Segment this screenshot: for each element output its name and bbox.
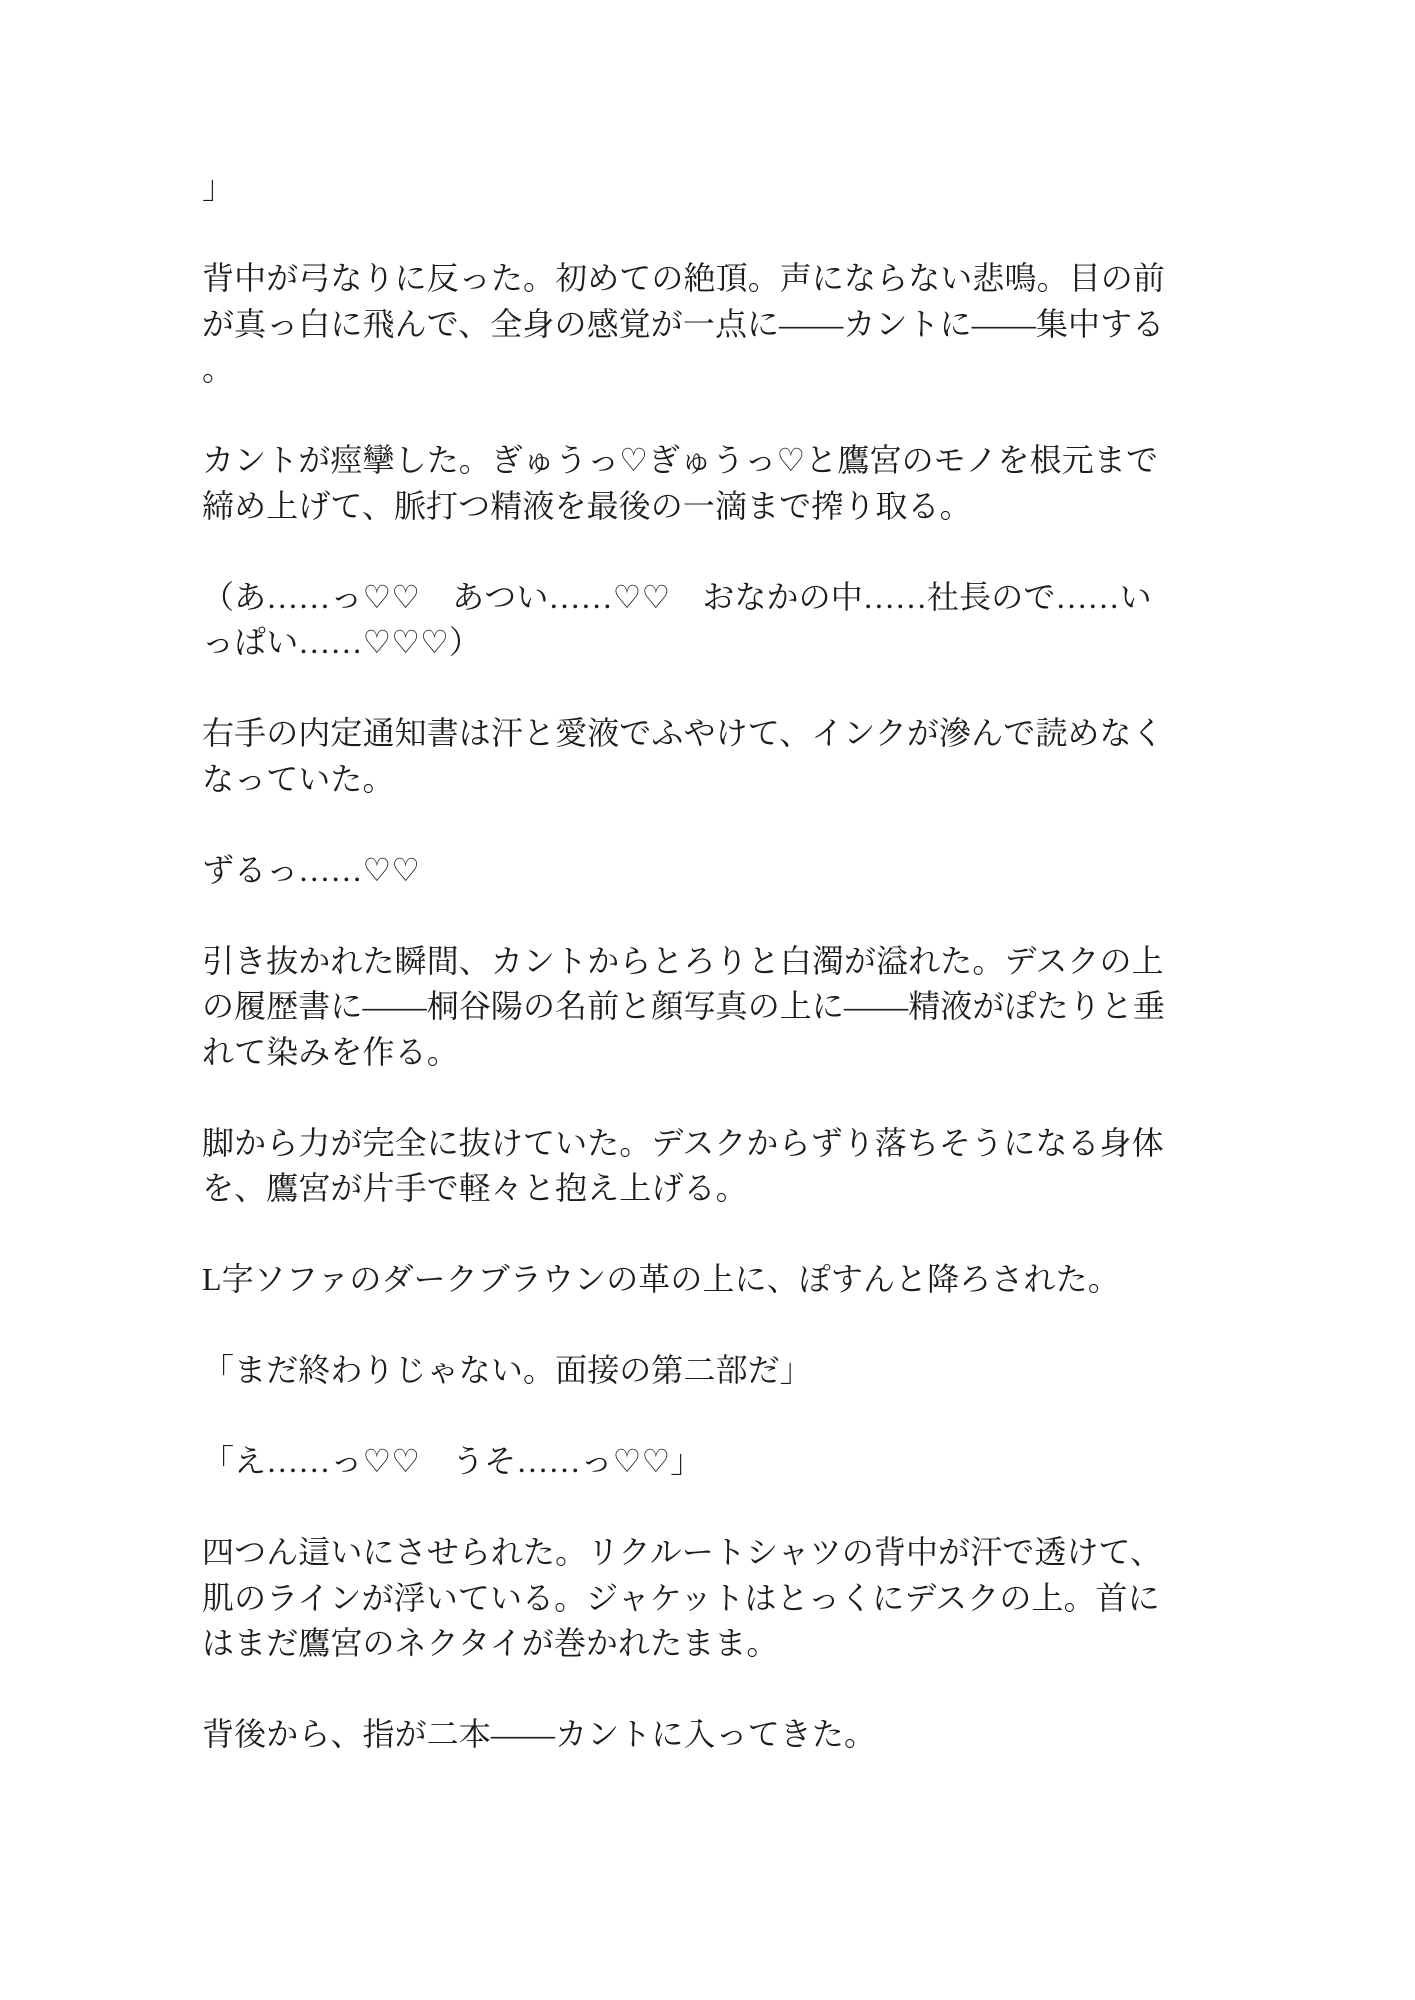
paragraph: 背後から、指が二本——カントに入ってきた。 (202, 1712, 1172, 1758)
paragraph: 「え……っ♡♡ うそ……っ♡♡」 (202, 1439, 1172, 1485)
paragraph: L字ソファのダークブラウンの革の上に、ぽすんと降ろされた。 (202, 1257, 1172, 1303)
document-page: 」背中が弓なりに反った。初めての絶頂。声にならない悲鳴。目の前 が真っ白に飛んで… (0, 0, 1415, 2000)
paragraph: 脚から力が完全に抜けていた。デスクからずり落ちそうになる身体 を、鷹宮が片手で軽… (202, 1121, 1172, 1212)
paragraph: 背中が弓なりに反った。初めての絶頂。声にならない悲鳴。目の前 が真っ白に飛んで、… (202, 256, 1172, 393)
paragraph: 」 (202, 165, 1172, 211)
paragraph: （あ……っ♡♡ あつい……♡♡ おなかの中……社長ので……い っぱい……♡♡♡） (202, 575, 1172, 666)
paragraph: 引き抜かれた瞬間、カントからとろりと白濁が溢れた。デスクの上 の履歴書に——桐谷… (202, 939, 1172, 1076)
paragraph: ずるっ……♡♡ (202, 848, 1172, 894)
paragraph: 四つん這いにさせられた。リクルートシャツの背中が汗で透けて、 肌のラインが浮いて… (202, 1530, 1172, 1667)
page-text: 」背中が弓なりに反った。初めての絶頂。声にならない悲鳴。目の前 が真っ白に飛んで… (202, 165, 1172, 1803)
paragraph: カントが痙攣した。ぎゅうっ♡ぎゅうっ♡と鷹宮のモノを根元まで 締め上げて、脈打つ… (202, 438, 1172, 529)
paragraph: 「まだ終わりじゃない。面接の第二部だ」 (202, 1348, 1172, 1394)
paragraph: 右手の内定通知書は汗と愛液でふやけて、インクが滲んで読めなく なっていた。 (202, 711, 1172, 802)
